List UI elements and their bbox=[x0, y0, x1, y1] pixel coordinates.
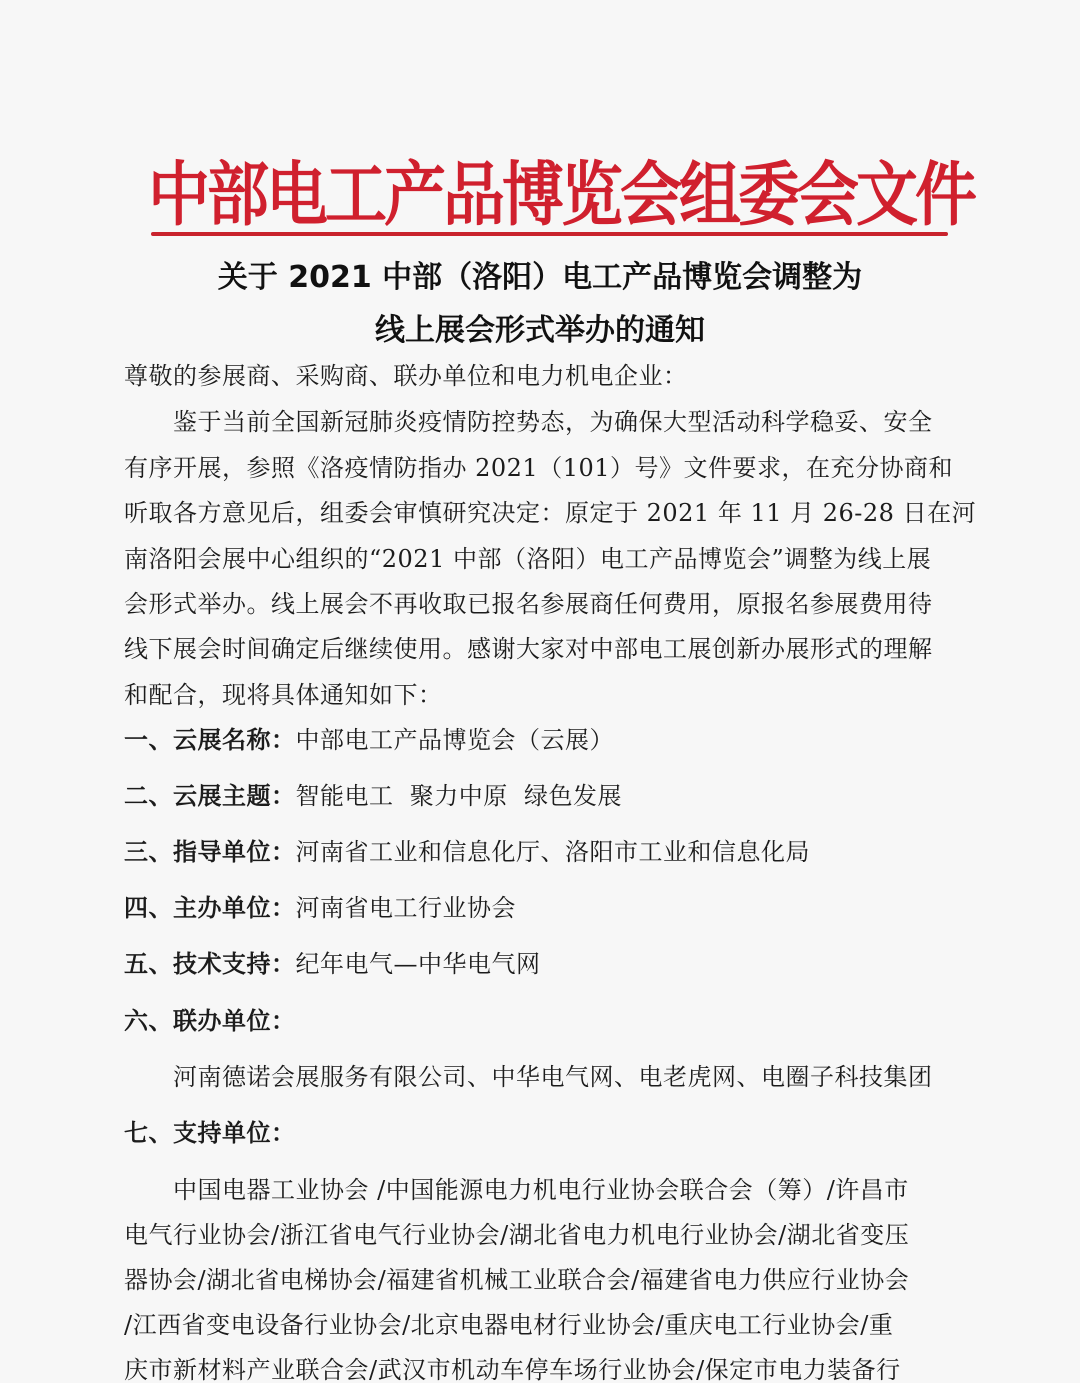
intro-line: 线下展会时间确定后继续使用。感谢大家对中部电工展创新办展形式的理解 bbox=[124, 629, 960, 664]
intro-line: 有序开展，参照《洛疫情防指办 2021（101）号》文件要求，在充分协商和 bbox=[124, 448, 960, 483]
intro-line: 南洛阳会展中心组织的“2021 中部（洛阳）电工产品博览会”调整为线上展 bbox=[124, 539, 960, 574]
item-host-unit: 四、主办单位：河南省电工行业协会 bbox=[124, 888, 960, 923]
item-value: 中部电工产品博览会（云展） bbox=[296, 726, 615, 754]
supporters-line: 器协会/湖北省电梯协会/福建省机械工业联合会/福建省电力供应行业协会 bbox=[124, 1260, 960, 1295]
intro-line: 和配合，现将具体通知如下： bbox=[124, 675, 960, 710]
item-exhibition-theme: 二、云展主题：智能电工 聚力中原 绿色发展 bbox=[124, 776, 960, 811]
supporters-line: /江西省变电设备行业协会/北京电器电材行业协会/重庆电工行业协会/重 bbox=[124, 1305, 960, 1340]
supporters-line: 电气行业协会/浙江省电气行业协会/湖北省电力机电行业协会/湖北省变压 bbox=[124, 1215, 960, 1250]
intro-line: 鉴于当前全国新冠肺炎疫情防控势态，为确保大型活动科学稳妥、安全 bbox=[124, 402, 960, 437]
masthead-red-rule bbox=[151, 232, 948, 236]
item-value: 纪年电气—中华电气网 bbox=[296, 950, 541, 978]
item-label: 二、云展主题： bbox=[124, 782, 296, 810]
intro-line: 会形式举办。线上展会不再收取已报名参展商任何费用，原报名参展费用待 bbox=[124, 584, 960, 619]
masthead-title: 中部电工产品博览会组委会文件 bbox=[148, 150, 950, 240]
intro-line: 听取各方意见后，组委会审慎研究决定：原定于 2021 年 11 月 26-28 … bbox=[124, 493, 960, 528]
item-guiding-units: 三、指导单位：河南省工业和信息化厅、洛阳市工业和信息化局 bbox=[124, 832, 960, 867]
item-exhibition-name: 一、云展名称：中部电工产品博览会（云展） bbox=[124, 720, 960, 755]
notice-document: 中部电工产品博览会组委会文件 关于 2021 中部（洛阳）电工产品博览会调整为 … bbox=[0, 0, 1080, 1383]
item-label: 六、联办单位： bbox=[124, 1007, 296, 1035]
item-value: 河南省电工行业协会 bbox=[296, 894, 517, 922]
supporters-line: 中国电器工业协会 /中国能源电力机电行业协会联合会（筹）/许昌市 bbox=[124, 1170, 960, 1205]
supporters-line: 庆市新材料产业联合会/武汉市机动车停车场行业协会/保定市电力装备行 bbox=[124, 1350, 960, 1383]
item-label: 五、技术支持： bbox=[124, 950, 296, 978]
notice-title-line-2: 线上展会形式举办的通知 bbox=[120, 305, 960, 349]
salutation: 尊敬的参展商、采购商、联办单位和电力机电企业： bbox=[124, 356, 960, 391]
item-value: 智能电工 聚力中原 绿色发展 bbox=[296, 782, 623, 810]
item-label: 四、主办单位： bbox=[124, 894, 296, 922]
item-co-organizers: 六、联办单位： bbox=[124, 1001, 960, 1036]
item-technical-support: 五、技术支持：纪年电气—中华电气网 bbox=[124, 944, 960, 979]
item-label: 一、云展名称： bbox=[124, 726, 296, 754]
co-organizers-list: 河南德诺会展服务有限公司、中华电气网、电老虎网、电圈子科技集团 bbox=[124, 1057, 960, 1092]
notice-title-line-1: 关于 2021 中部（洛阳）电工产品博览会调整为 bbox=[120, 252, 960, 296]
item-value: 河南省工业和信息化厅、洛阳市工业和信息化局 bbox=[296, 838, 811, 866]
item-supporting-units: 七、支持单位： bbox=[124, 1113, 960, 1148]
item-label: 三、指导单位： bbox=[124, 838, 296, 866]
item-label: 七、支持单位： bbox=[124, 1119, 296, 1147]
